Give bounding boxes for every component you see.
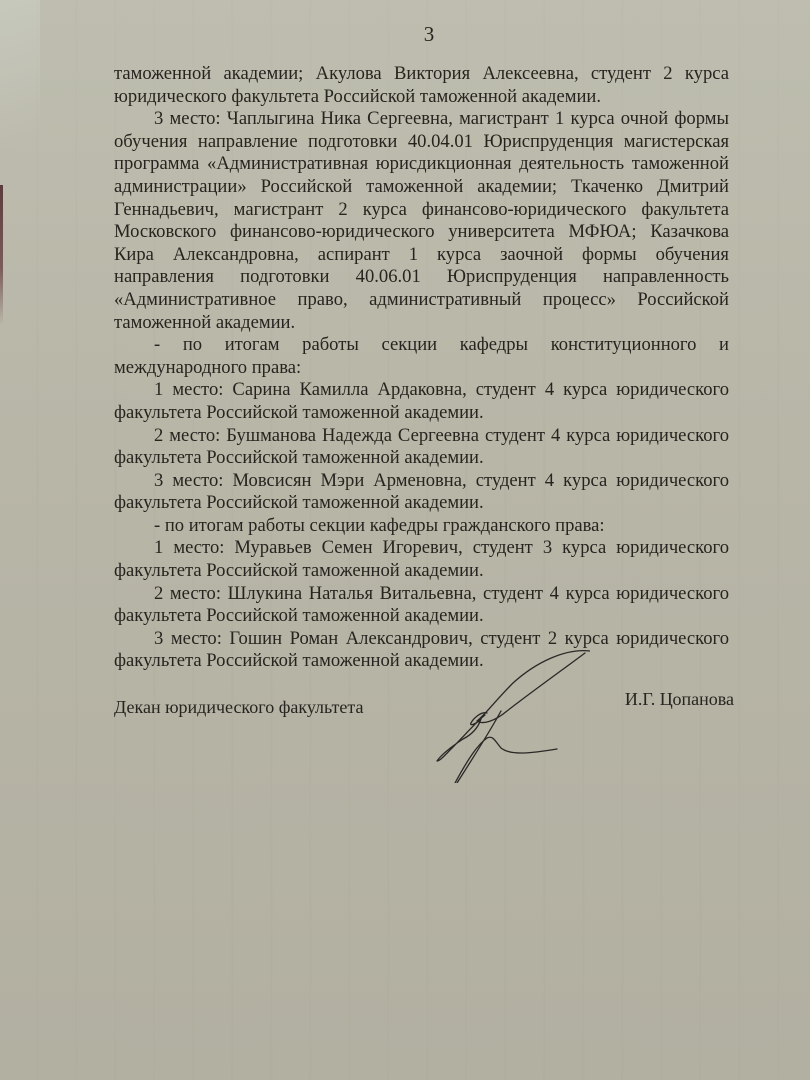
paragraph-civil-place-1: 1 место: Муравьев Семен Игоревич, студен… <box>114 537 729 582</box>
paragraph-constitutional-place-3: 3 место: Мовсисян Мэри Арменовна, студен… <box>114 470 729 515</box>
document-body: таможенной академии; Акулова Виктория Ал… <box>114 63 729 673</box>
handwritten-signature-icon <box>415 643 590 783</box>
document-page: 3 таможенной академии; Акулова Виктория … <box>0 0 810 1080</box>
page-edge-shadow <box>0 185 3 325</box>
page-number: 3 <box>0 22 810 47</box>
signer-title: Декан юридического факультета <box>114 697 364 718</box>
paragraph-place-3-first-section: 3 место: Чаплыгина Ника Сергеевна, магис… <box>114 108 729 334</box>
paragraph-constitutional-place-1: 1 место: Сарина Камилла Ардаковна, студе… <box>114 379 729 424</box>
section-heading-civil: - по итогам работы секции кафедры гражда… <box>114 515 729 538</box>
section-heading-constitutional: - по итогам работы секции кафедры консти… <box>114 334 729 379</box>
paragraph-continuation: таможенной академии; Акулова Виктория Ал… <box>114 63 729 108</box>
paragraph-constitutional-place-2: 2 место: Бушманова Надежда Сергеевна сту… <box>114 425 729 470</box>
paragraph-civil-place-2: 2 место: Шлукина Наталья Витальевна, сту… <box>114 583 729 628</box>
signer-name: И.Г. Цопанова <box>625 689 734 710</box>
